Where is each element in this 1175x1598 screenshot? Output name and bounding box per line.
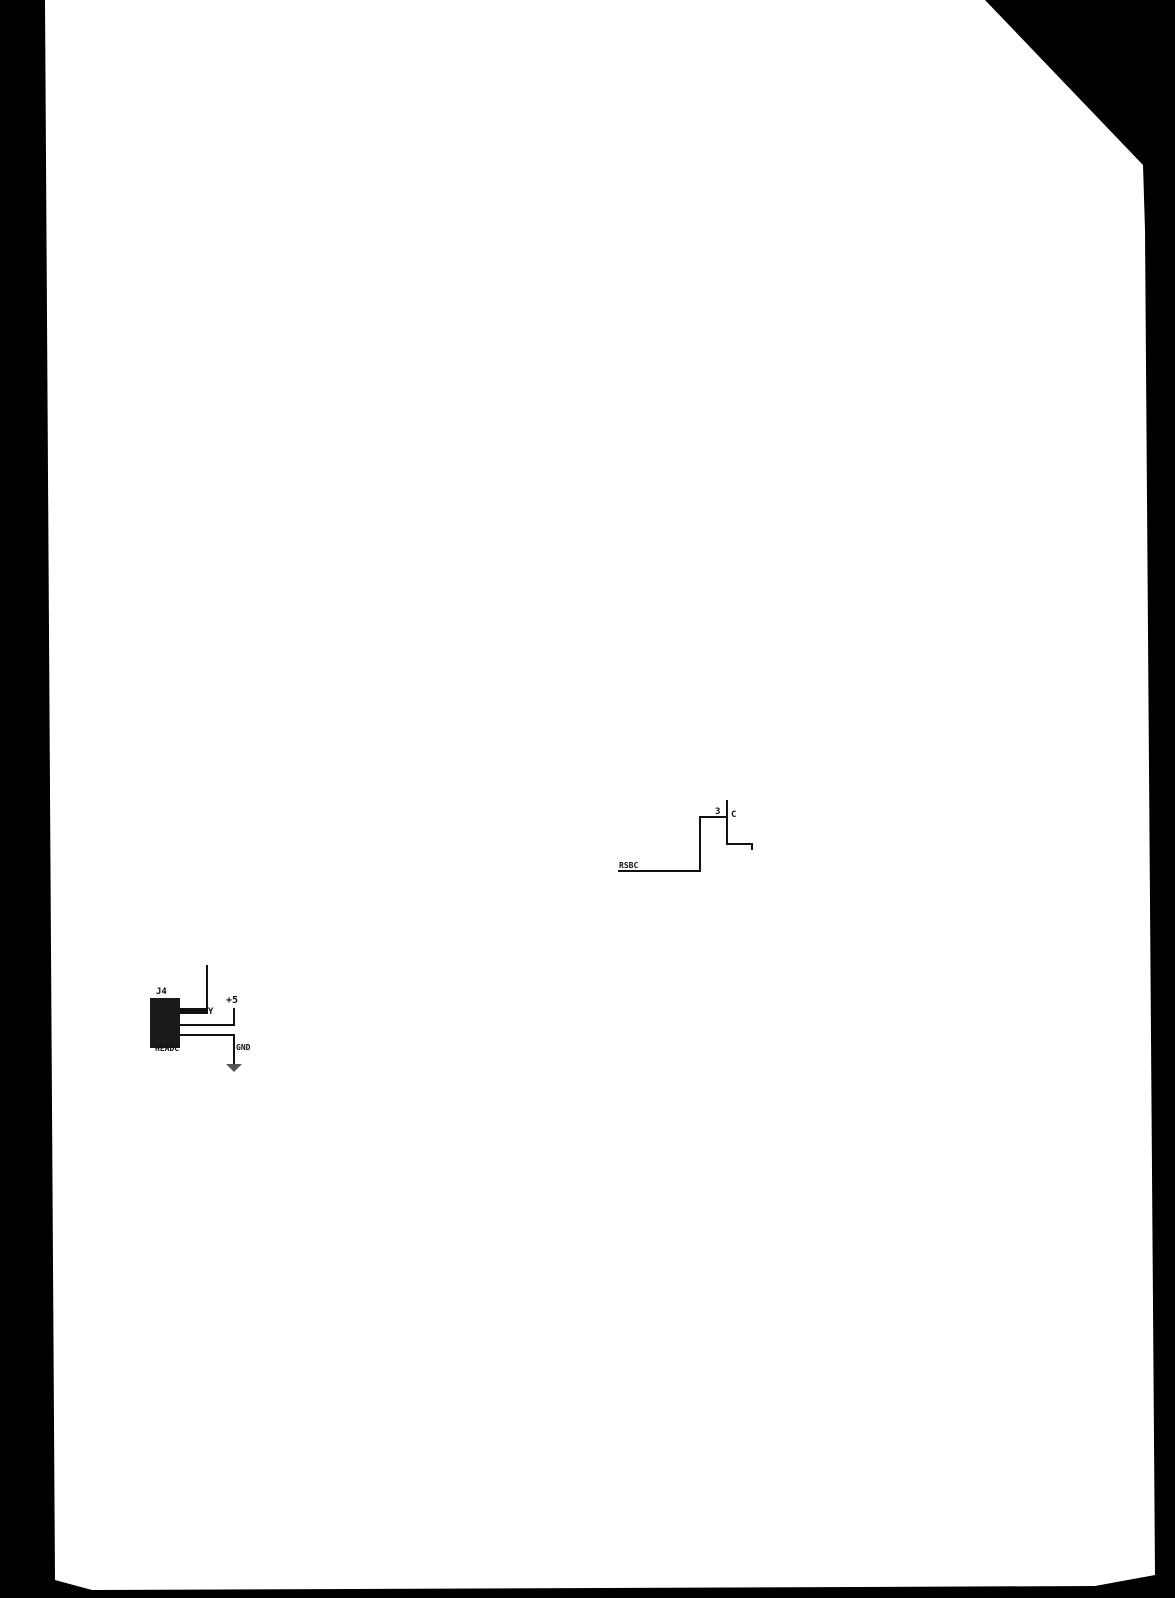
scanned-page: RSBC 3 C J4 HEADC Y +5 GND bbox=[0, 0, 1175, 1598]
ground-symbol-icon bbox=[0, 0, 1175, 1598]
